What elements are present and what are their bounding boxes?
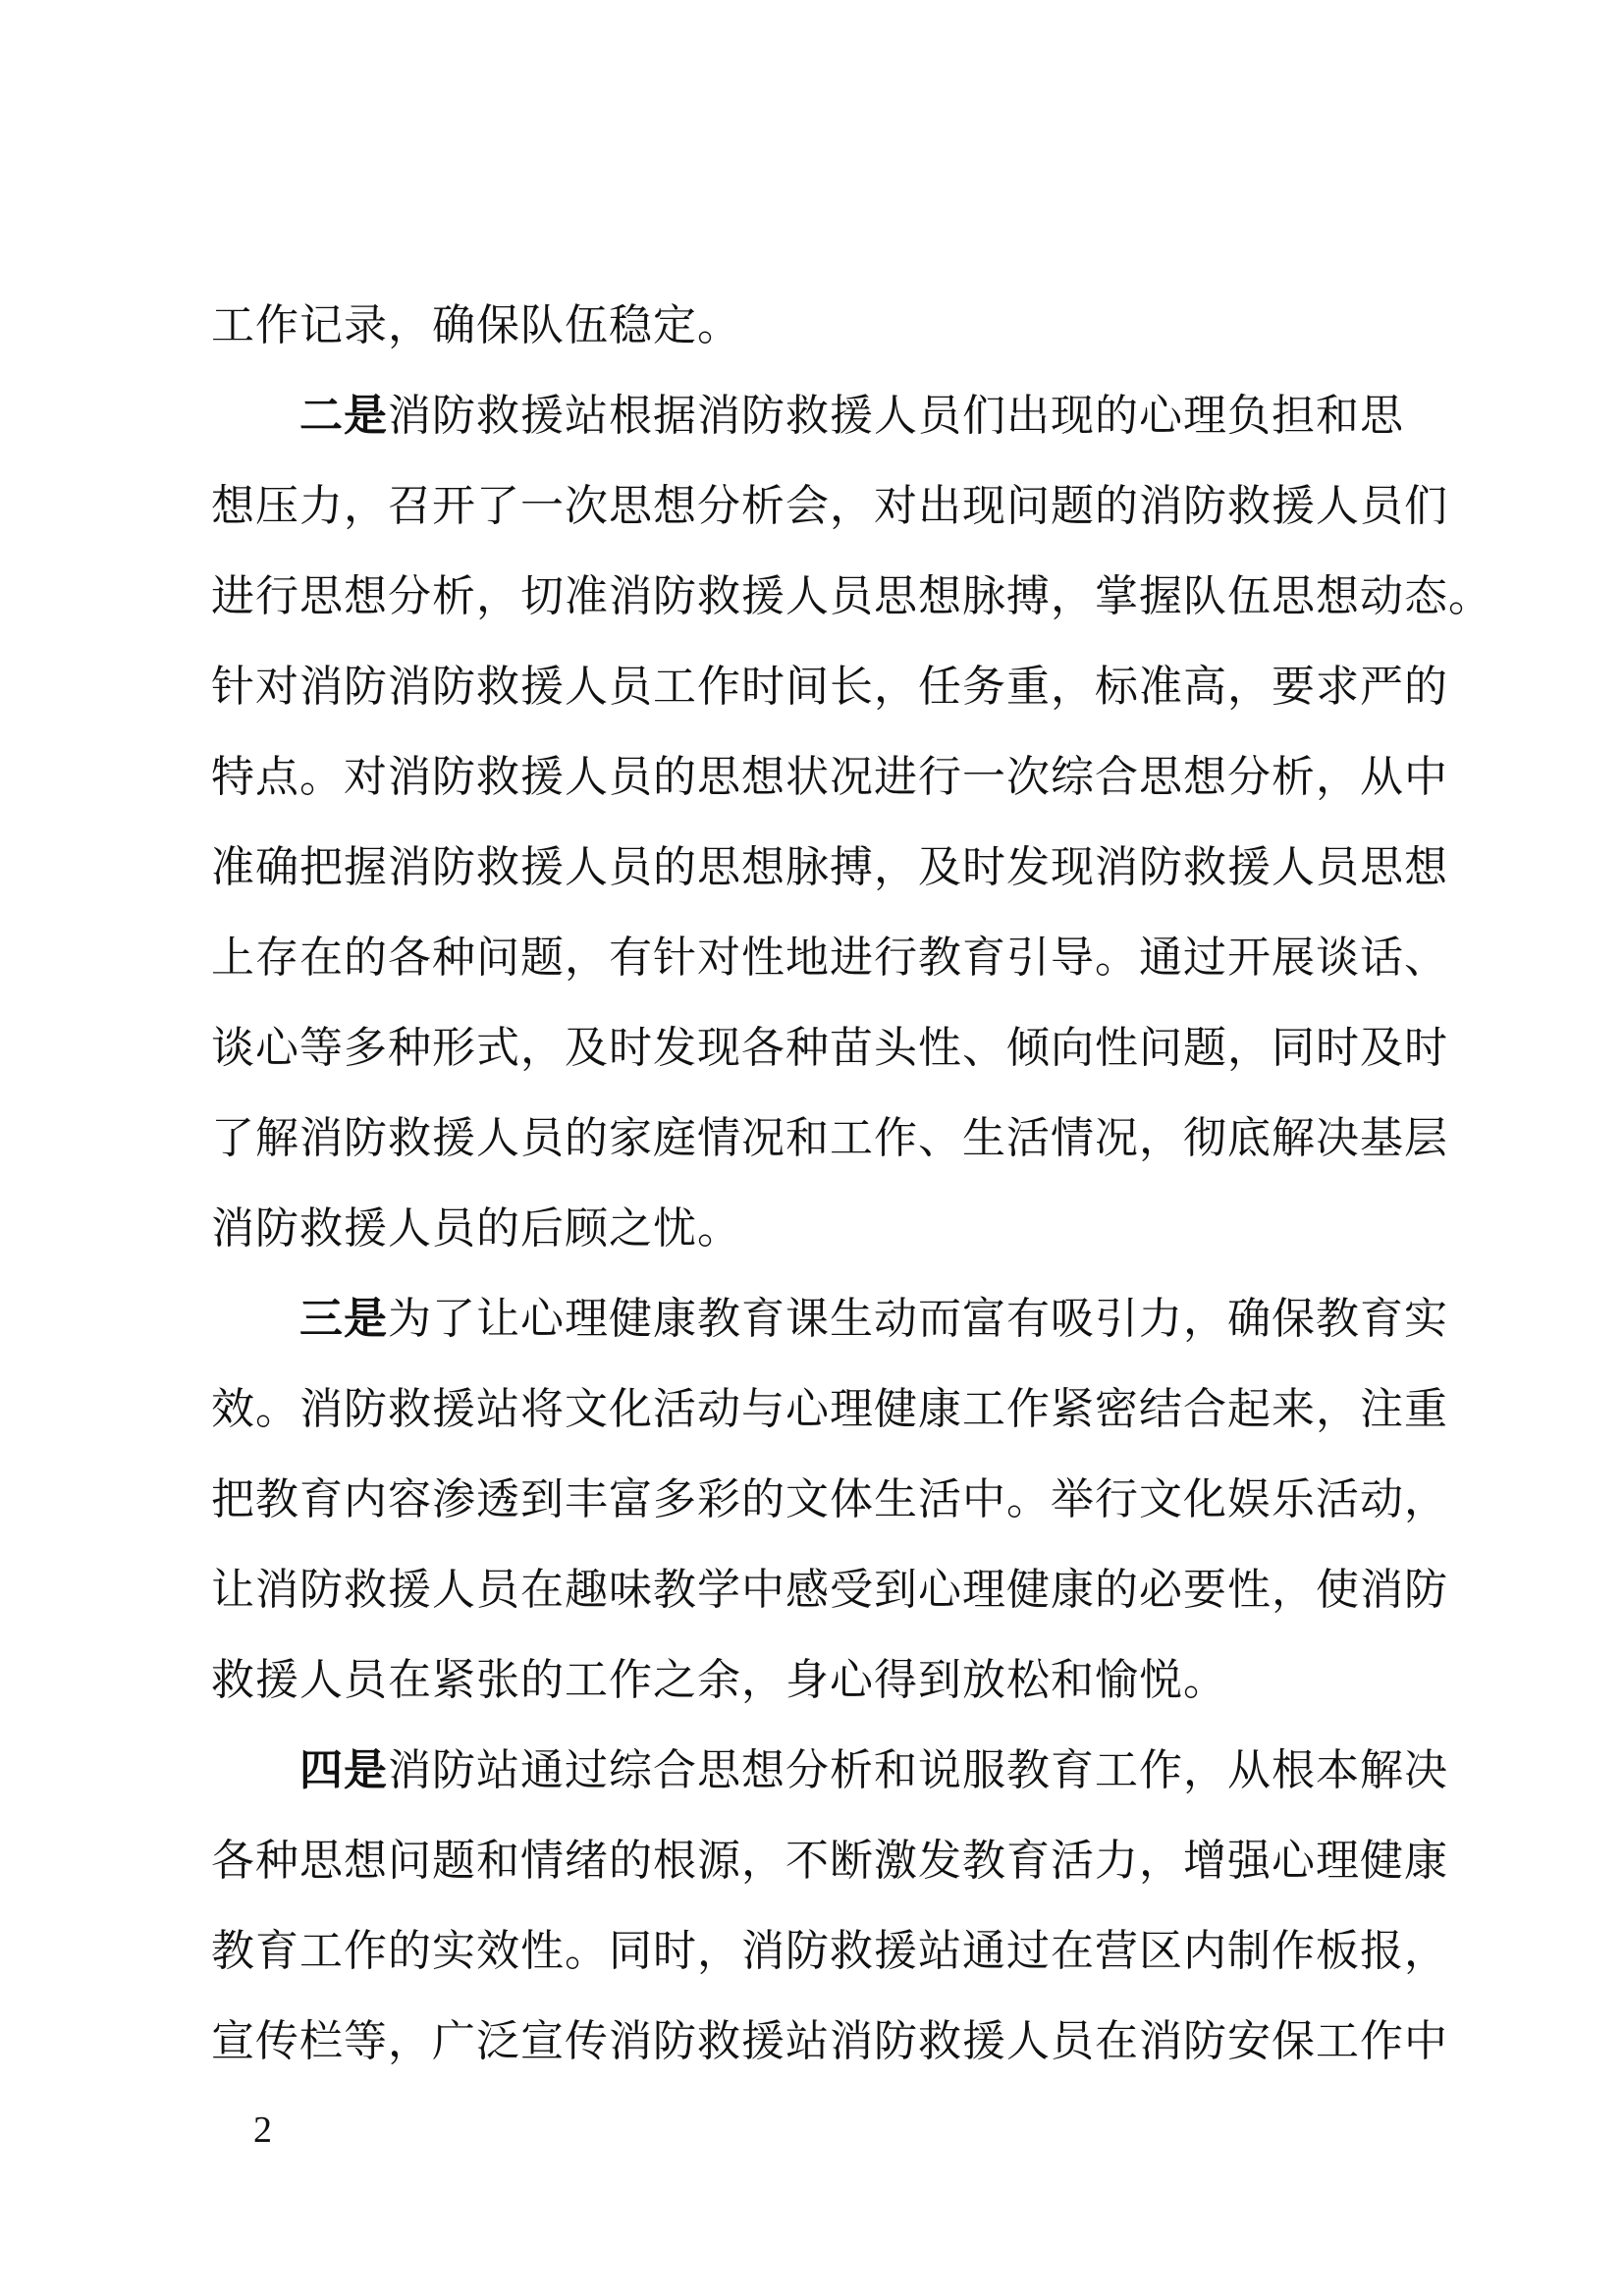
text-line: 教育工作的实效性。同时，消防救援站通过在营区内制作板报， [211,1906,1429,1997]
text-line: 让消防救援人员在趣味教学中感受到心理健康的必要性，使消防 [211,1545,1429,1635]
text-line: 准确把握消防救援人员的思想脉搏，及时发现消防救援人员思想 [211,823,1429,913]
text-line: 宣传栏等，广泛宣传消防救援站消防救援人员在消防安保工作中 [211,1997,1429,2087]
paragraph-lead: 二是 [299,391,388,441]
text-line: 工作记录，确保队伍稳定。 [211,281,1429,371]
text-line: 针对消防消防救援人员工作时间长，任务重，标准高，要求严的 [211,642,1429,732]
text-line: 三是为了让心理健康教育课生动而富有吸引力，确保教育实 [211,1274,1429,1364]
text-line: 谈心等多种形式，及时发现各种苗头性、倾向性问题，同时及时 [211,1003,1429,1094]
text-line: 效。消防救援站将文化活动与心理健康工作紧密结合起来，注重 [211,1364,1429,1455]
text-line: 救援人员在紧张的工作之余，身心得到放松和愉悦。 [211,1635,1429,1726]
text-line: 把教育内容渗透到丰富多彩的文体生活中。举行文化娱乐活动， [211,1455,1429,1545]
text-line: 进行思想分析，切准消防救援人员思想脉搏，掌握队伍思想动态。 [211,552,1429,642]
text-run: 消防站通过综合思想分析和说服教育工作，从根本解决 [388,1745,1448,1795]
text-line: 消防救援人员的后顾之忧。 [211,1184,1429,1274]
page-number: 2 [253,2109,272,2152]
text-run: 消防救援站根据消防救援人员们出现的心理负担和思 [388,391,1404,441]
text-line: 四是消防站通过综合思想分析和说服教育工作，从根本解决 [211,1726,1429,1816]
document-page: 工作记录，确保队伍稳定。 二是消防救援站根据消防救援人员们出现的心理负担和思 想… [0,0,1624,2296]
text-line: 上存在的各种问题，有针对性地进行教育引导。通过开展谈话、 [211,913,1429,1003]
text-line: 各种思想问题和情绪的根源，不断激发教育活力，增强心理健康 [211,1816,1429,1906]
document-body: 工作记录，确保队伍稳定。 二是消防救援站根据消防救援人员们出现的心理负担和思 想… [211,281,1429,2087]
text-line: 特点。对消防救援人员的思想状况进行一次综合思想分析，从中 [211,732,1429,823]
text-run: 为了让心理健康教育课生动而富有吸引力，确保教育实 [388,1294,1448,1344]
paragraph-lead: 三是 [299,1294,388,1344]
text-line: 了解消防救援人员的家庭情况和工作、生活情况，彻底解决基层 [211,1094,1429,1184]
text-line: 二是消防救援站根据消防救援人员们出现的心理负担和思 [211,371,1429,461]
text-line: 想压力，召开了一次思想分析会，对出现问题的消防救援人员们 [211,461,1429,552]
paragraph-lead: 四是 [299,1745,388,1795]
